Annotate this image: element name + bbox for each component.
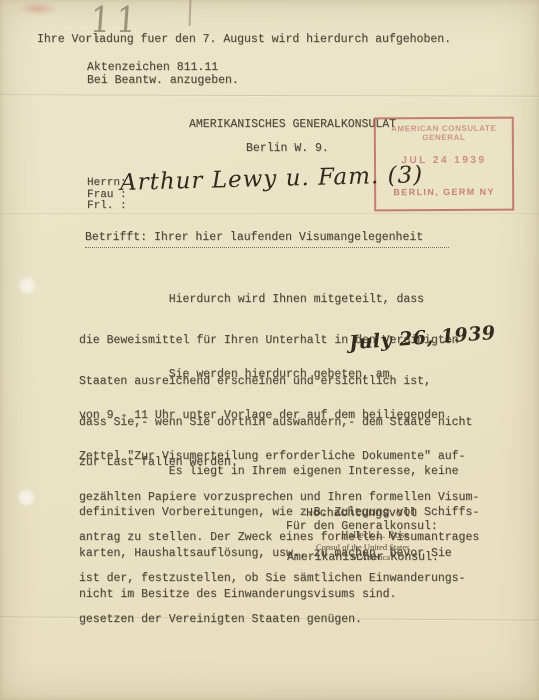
cancellation-note: Ihre Vorladung fuer den 7. August wird h… <box>37 33 451 47</box>
letterhead-organization: AMERIKANISCHES GENERALKONSULAT <box>189 118 396 132</box>
fold-crease-middle <box>0 213 539 214</box>
vertical-crease-mark <box>189 0 191 26</box>
punch-hole-top <box>20 278 35 293</box>
subject-underline <box>85 246 449 248</box>
letter-page: 11 Ihre Vorladung fuer den 7. August wir… <box>0 0 539 700</box>
paragraph-line: Es liegt in Ihrem eigenen Interesse, kei… <box>79 465 479 479</box>
stamp-office-line: AMERICAN CONSULATE GENERAL <box>376 124 512 143</box>
punch-hole-bottom <box>19 490 34 505</box>
letterhead-city: Berlin W. 9. <box>246 142 329 156</box>
valediction: Hochachtungsvoll <box>306 507 416 521</box>
addressee-label-frl: Frl. : <box>87 200 127 214</box>
paragraph-line: Hierdurch wird Ihnen mitgeteilt, dass <box>79 293 472 307</box>
paragraph-line: definitiven Vorbereitungen, wie z.B. Zul… <box>79 506 479 520</box>
red-ink-smudge <box>18 1 58 16</box>
fold-crease-top-highlight <box>0 95 539 97</box>
paragraph-line: von 9 - 11 Uhr unter Vorlage der auf dem… <box>79 409 479 423</box>
subject-line: Betrifft: Ihrer hier laufenden Visumange… <box>85 231 423 245</box>
file-reference-instruction: Bei Beantw. anzugeben. <box>87 74 239 88</box>
typed-signer-title: Amerikanischer Konsul. <box>287 551 439 565</box>
paragraph-line: Sie werden hierdurch gebeten, am <box>79 368 479 382</box>
paragraph-line: nicht im Besitze des Einwanderungsvisums… <box>79 588 479 602</box>
file-reference-number: Aktenzeichen 811.11 <box>87 61 218 75</box>
signature-stamp-name: Halleck L. Rose <box>341 530 409 541</box>
